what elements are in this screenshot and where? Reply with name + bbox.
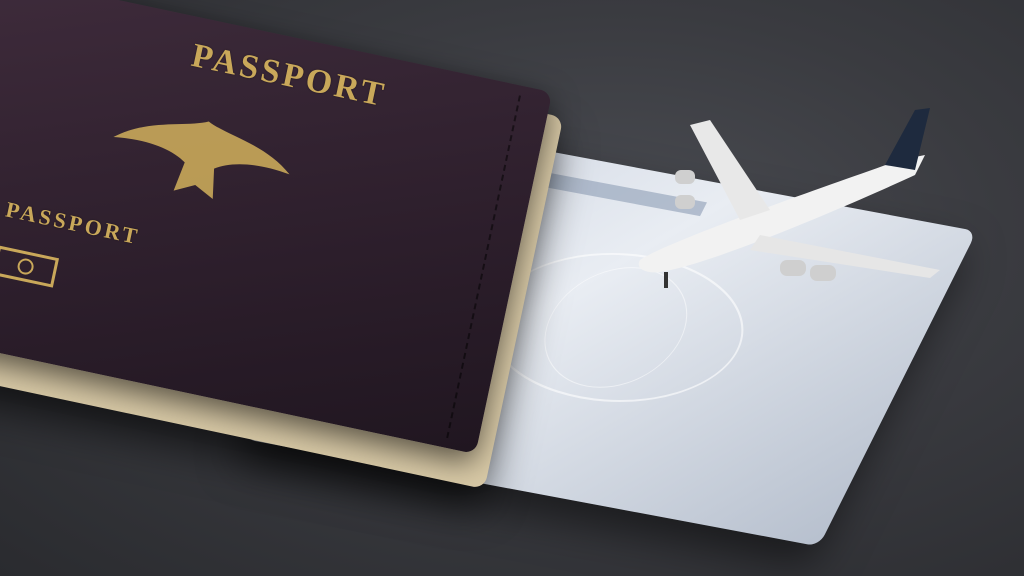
biometric-chip-icon (0, 245, 59, 287)
passport-title-top: PASSPORT (188, 37, 389, 115)
passport-title-bottom: PASSPORT (3, 197, 142, 251)
photo-scene: PASSPORT PASSPORT (0, 0, 1024, 576)
eagle-icon (94, 91, 308, 221)
airplane-icon (630, 100, 960, 300)
